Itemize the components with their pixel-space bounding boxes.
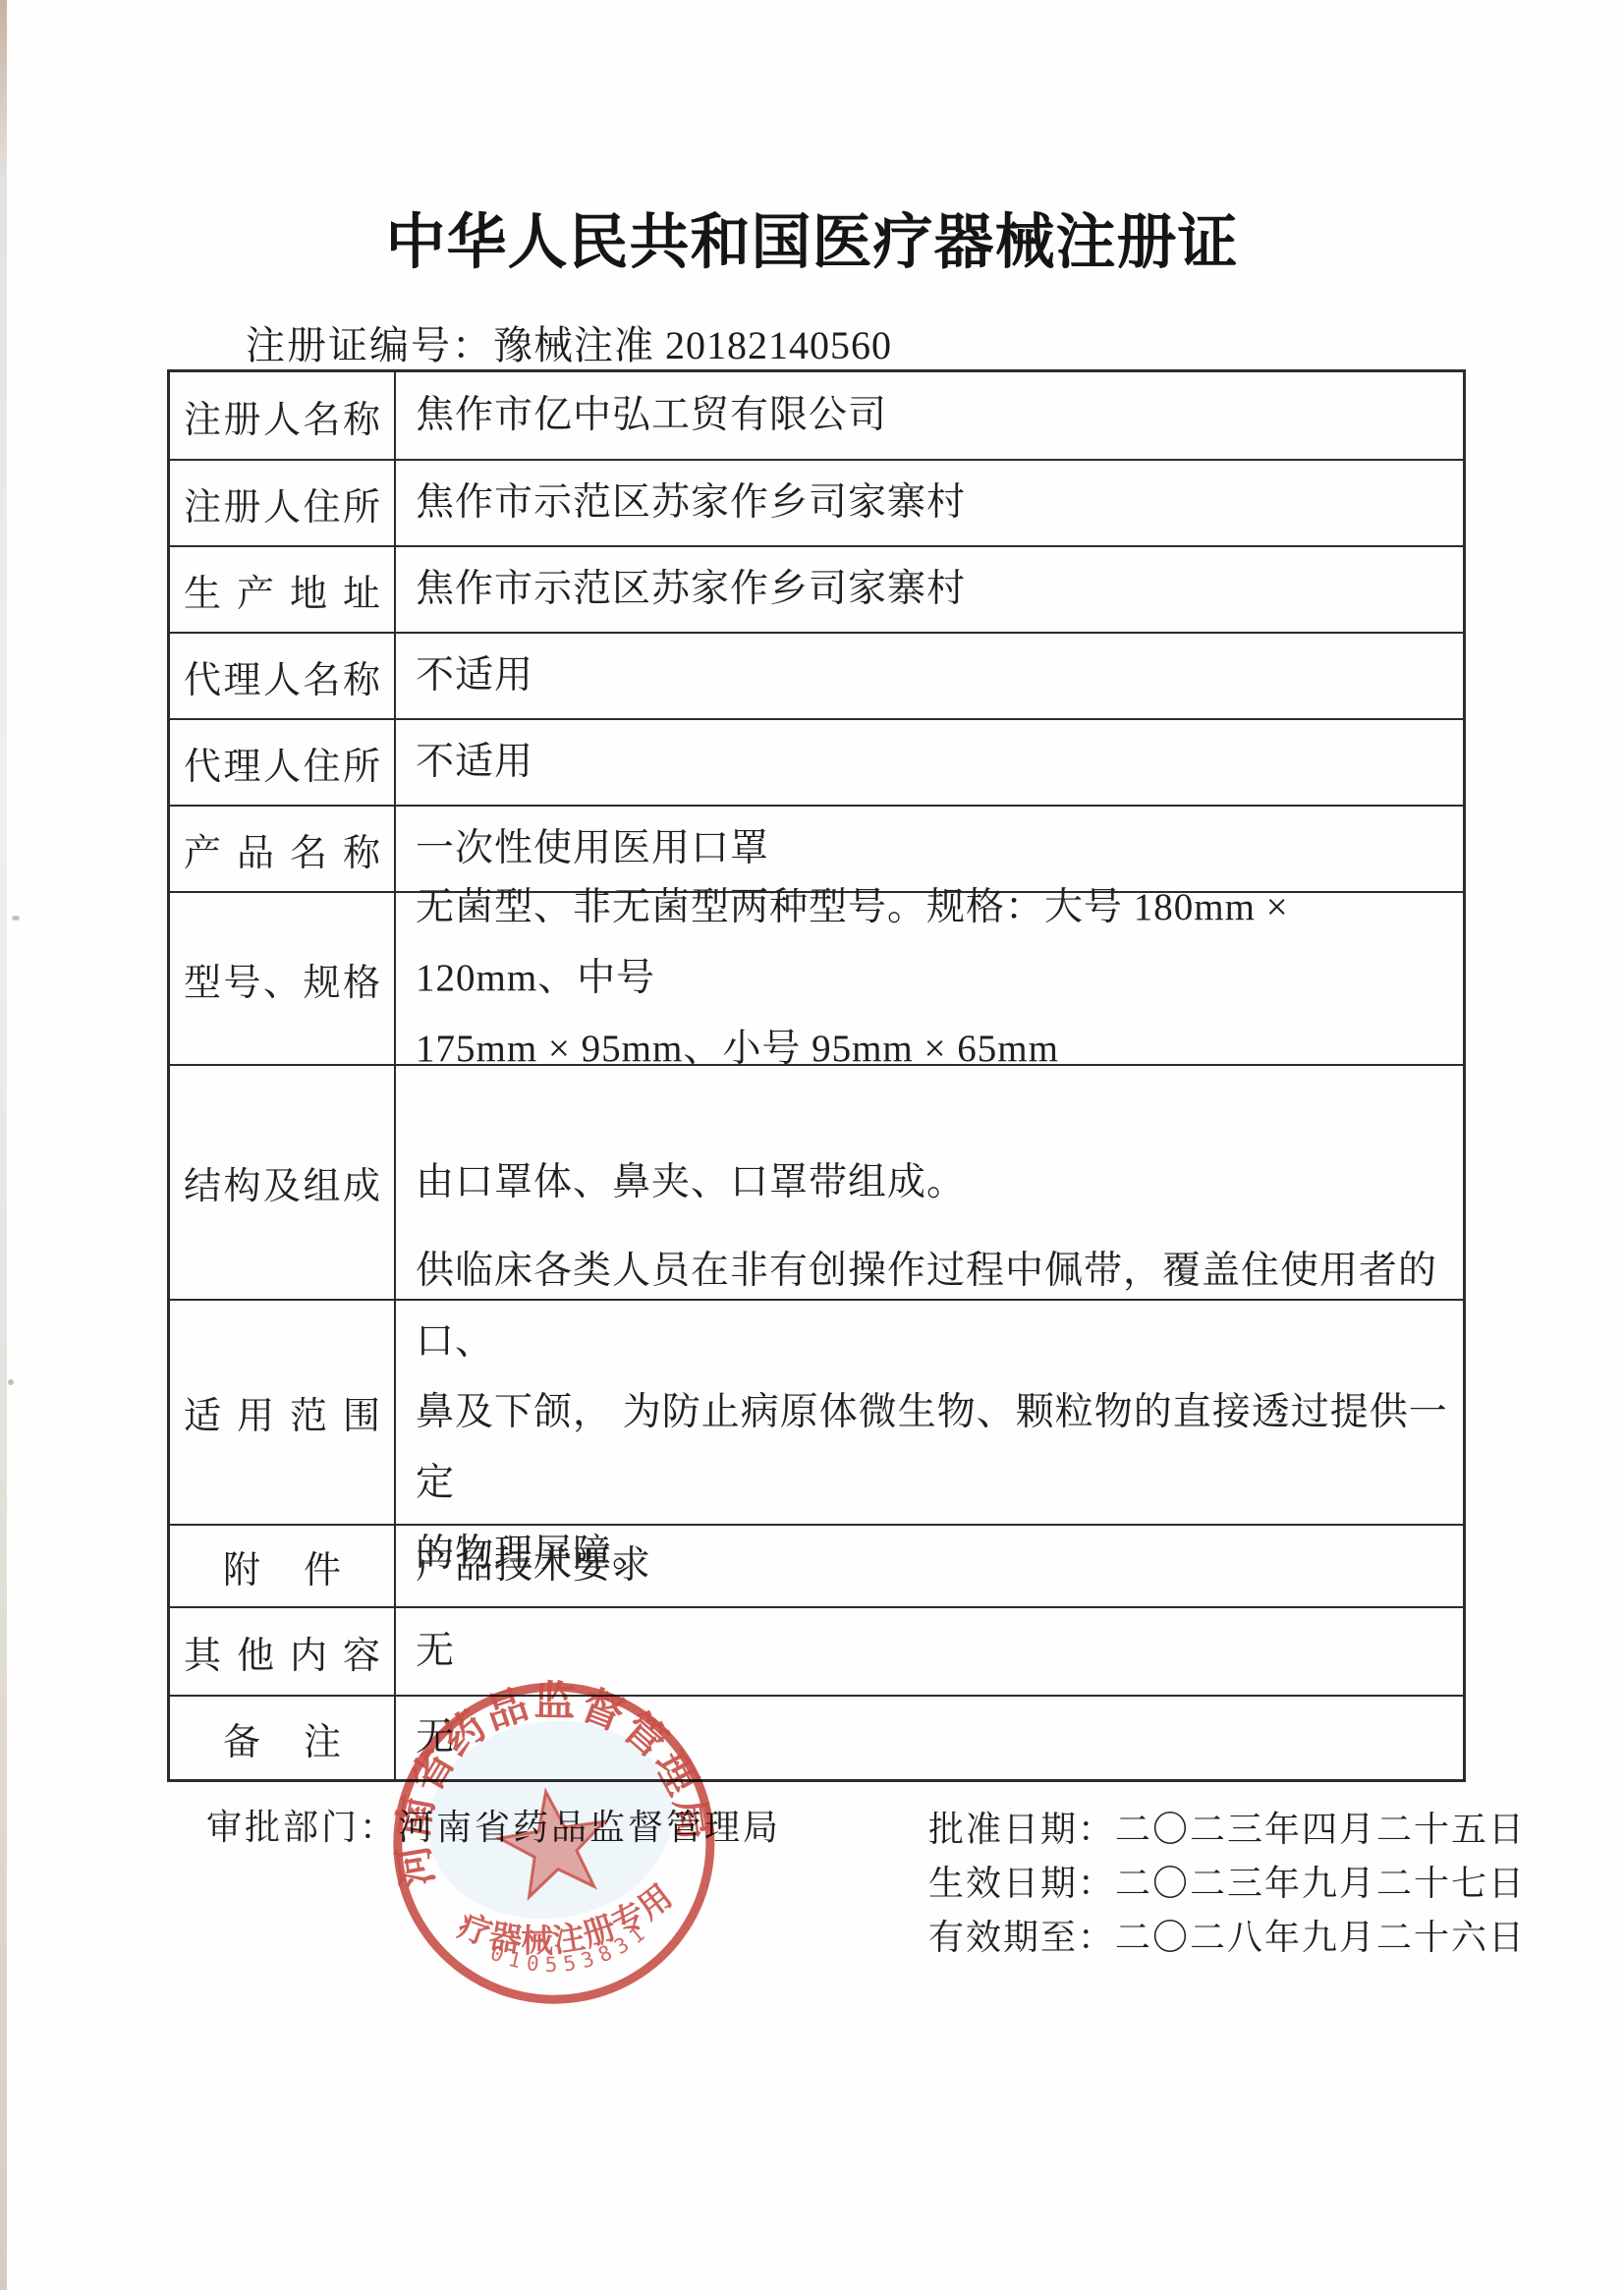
row-value: 无 [416, 1616, 455, 1687]
row-value: 不适用 [416, 641, 533, 711]
row-label: 代理人住所 [184, 736, 380, 790]
table-row: 生产地址 焦作市示范区苏家作乡司家寨村 [170, 545, 1463, 632]
row-value: 由口罩体、鼻夹、口罩带组成。 [416, 1147, 966, 1218]
table-row: 型号、规格 无菌型、非无菌型两种型号。规格：大号 180mm × 120mm、中… [170, 891, 1463, 1064]
row-value: 焦作市示范区苏家作乡司家寨村 [416, 468, 966, 538]
registration-number-value: 豫械注准 20182140560 [493, 323, 892, 367]
table-row: 代理人名称 不适用 [170, 632, 1463, 718]
table-row: 其他内容 无 [170, 1606, 1463, 1695]
row-label: 型号、规格 [184, 952, 380, 1006]
row-label: 备注 [223, 1711, 341, 1765]
table-row: 注册人住所 焦作市示范区苏家作乡司家寨村 [170, 459, 1463, 545]
row-label: 注册人名称 [184, 389, 380, 443]
row-label: 附件 [223, 1539, 341, 1593]
table-row: 代理人住所 不适用 [170, 718, 1463, 805]
row-label: 生产地址 [184, 563, 380, 617]
effective-date: 生效日期：二〇二三年九月二十七日 [928, 1856, 1526, 1910]
table-row: 注册人名称 焦作市亿中弘工贸有限公司 [170, 372, 1463, 459]
row-value: 焦作市示范区苏家作乡司家寨村 [416, 554, 966, 625]
row-value: 产品技术要求 [416, 1531, 651, 1601]
certificate-table: 注册人名称 焦作市亿中弘工贸有限公司 注册人住所 焦作市示范区苏家作乡司家寨村 … [167, 369, 1466, 1782]
approve-date: 批准日期：二〇二三年四月二十五日 [928, 1802, 1526, 1856]
row-value: 不适用 [416, 727, 533, 798]
scan-speck [8, 1379, 14, 1385]
document-title: 中华人民共和国医疗器械注册证 [0, 195, 1624, 280]
row-label: 产品名称 [184, 822, 380, 876]
scan-edge-artifact [0, 0, 7, 2290]
table-row: 适用范围 供临床各类人员在非有创操作过程中佩带，覆盖住使用者的口、 鼻及下颌， … [170, 1299, 1463, 1524]
valid-until-date: 有效期至：二〇二八年九月二十六日 [928, 1910, 1526, 1964]
row-value: 无菌型、非无菌型两种型号。规格：大号 180mm × 120mm、中号 175m… [416, 872, 1449, 1085]
date-block: 批准日期：二〇二三年四月二十五日 生效日期：二〇二三年九月二十七日 有效期至：二… [928, 1802, 1526, 1964]
row-label: 适用范围 [184, 1385, 380, 1439]
registration-number-line: 注册证编号：豫械注准 20182140560 [246, 314, 892, 370]
row-value: 焦作市亿中弘工贸有限公司 [416, 380, 887, 451]
row-label: 注册人住所 [184, 476, 380, 531]
scan-speck [12, 916, 20, 921]
official-seal: 河南省药品监督管理局 医疗器械注册专用章 4101055383103 [363, 1649, 748, 2038]
row-label: 结构及组成 [184, 1155, 380, 1209]
row-label: 其他内容 [184, 1625, 380, 1679]
registration-number-label: 注册证编号： [246, 323, 493, 367]
table-row: 附件 产品技术要求 [170, 1524, 1463, 1606]
row-label: 代理人名称 [184, 649, 380, 703]
certificate-page: 中华人民共和国医疗器械注册证 注册证编号：豫械注准 20182140560 注册… [0, 0, 1624, 2290]
